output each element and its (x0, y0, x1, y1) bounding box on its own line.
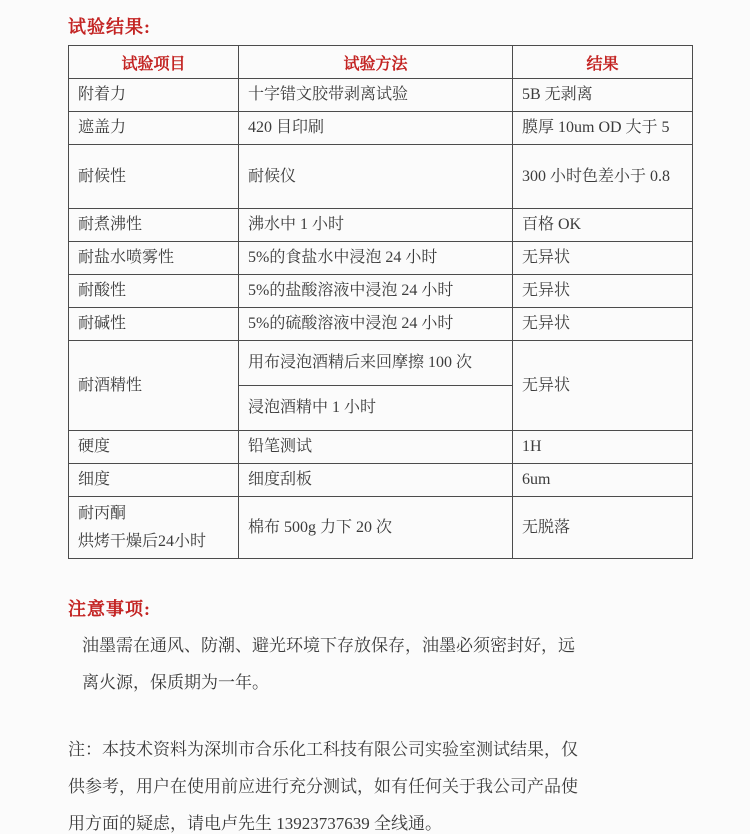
table-row: 遮盖力 420 目印刷 膜厚 10um OD 大于 5 (69, 112, 693, 145)
notice-line: 油墨需在通风、防潮、避光环境下存放保存，油墨必须密封好，远 (82, 627, 694, 664)
cell-item-line: 烘烤干燥后24小时 (78, 528, 235, 555)
cell-method: 耐候仪 (239, 145, 513, 209)
cell-method: 用布浸泡酒精后来回摩擦 100 次 (239, 341, 513, 386)
cell-method: 铅笔测试 (239, 431, 513, 464)
cell-result: 无异状 (513, 242, 693, 275)
cell-item: 遮盖力 (69, 112, 239, 145)
table-row: 耐丙酮 烘烤干燥后24小时 棉布 500g 力下 20 次 无脱落 (69, 497, 693, 559)
cell-result: 膜厚 10um OD 大于 5 (513, 112, 693, 145)
notice-title: 注意事项: (68, 595, 694, 621)
table-header-row: 试验项目 试验方法 结果 (69, 46, 693, 79)
cell-item: 耐酸性 (69, 275, 239, 308)
table-row: 耐候性 耐候仪 300 小时色差小于 0.8 (69, 145, 693, 209)
cell-result: 无异状 (513, 275, 693, 308)
table-row: 耐碱性 5%的硫酸溶液中浸泡 24 小时 无异状 (69, 308, 693, 341)
cell-result: 300 小时色差小于 0.8 (513, 145, 693, 209)
column-header-result: 结果 (513, 46, 693, 79)
document-page: 试验结果: 试验项目 试验方法 结果 附着力 十字错文胶带剥离试验 5B 无剥离… (0, 0, 750, 834)
cell-item: 附着力 (69, 79, 239, 112)
cell-item: 耐盐水喷雾性 (69, 242, 239, 275)
cell-result: 无脱落 (513, 497, 693, 559)
column-header-item: 试验项目 (69, 46, 239, 79)
table-row: 硬度 铅笔测试 1H (69, 431, 693, 464)
footnote-line: 供参考，用户在使用前应进行充分测试，如有任何关于我公司产品使 (68, 768, 694, 805)
cell-method: 5%的硫酸溶液中浸泡 24 小时 (239, 308, 513, 341)
table-row: 细度 细度刮板 6um (69, 464, 693, 497)
footnote-paragraph: 注：本技术资料为深圳市合乐化工科技有限公司实验室测试结果，仅 供参考，用户在使用… (68, 731, 694, 834)
cell-result: 百格 OK (513, 209, 693, 242)
results-title: 试验结果: (68, 13, 694, 39)
cell-method: 5%的盐酸溶液中浸泡 24 小时 (239, 275, 513, 308)
cell-item: 耐碱性 (69, 308, 239, 341)
footnote-line: 注：本技术资料为深圳市合乐化工科技有限公司实验室测试结果，仅 (68, 731, 694, 768)
cell-result: 1H (513, 431, 693, 464)
test-results-table: 试验项目 试验方法 结果 附着力 十字错文胶带剥离试验 5B 无剥离 遮盖力 4… (68, 45, 693, 559)
notice-paragraph: 油墨需在通风、防潮、避光环境下存放保存，油墨必须密封好，远 离火源，保质期为一年… (68, 627, 694, 701)
table-row: 耐煮沸性 沸水中 1 小时 百格 OK (69, 209, 693, 242)
cell-item: 耐丙酮 烘烤干燥后24小时 (69, 497, 239, 559)
cell-item: 耐酒精性 (69, 341, 239, 431)
cell-item: 细度 (69, 464, 239, 497)
cell-method: 十字错文胶带剥离试验 (239, 79, 513, 112)
column-header-method: 试验方法 (239, 46, 513, 79)
cell-method: 棉布 500g 力下 20 次 (239, 497, 513, 559)
cell-result: 6um (513, 464, 693, 497)
cell-result: 5B 无剥离 (513, 79, 693, 112)
table-row: 耐酸性 5%的盐酸溶液中浸泡 24 小时 无异状 (69, 275, 693, 308)
cell-result: 无异状 (513, 308, 693, 341)
notice-line: 离火源，保质期为一年。 (82, 664, 694, 701)
table-row: 耐盐水喷雾性 5%的食盐水中浸泡 24 小时 无异状 (69, 242, 693, 275)
cell-item: 耐煮沸性 (69, 209, 239, 242)
cell-item-line: 耐丙酮 (78, 500, 235, 527)
cell-method: 细度刮板 (239, 464, 513, 497)
cell-method: 沸水中 1 小时 (239, 209, 513, 242)
cell-method: 浸泡酒精中 1 小时 (239, 386, 513, 431)
table-row: 耐酒精性 用布浸泡酒精后来回摩擦 100 次 无异状 (69, 341, 693, 386)
footnote-line: 用方面的疑虑，请电卢先生 13923737639 全线通。 (68, 805, 694, 834)
cell-item: 耐候性 (69, 145, 239, 209)
cell-item: 硬度 (69, 431, 239, 464)
cell-method: 420 目印刷 (239, 112, 513, 145)
cell-result: 无异状 (513, 341, 693, 431)
cell-method: 5%的食盐水中浸泡 24 小时 (239, 242, 513, 275)
table-row: 附着力 十字错文胶带剥离试验 5B 无剥离 (69, 79, 693, 112)
